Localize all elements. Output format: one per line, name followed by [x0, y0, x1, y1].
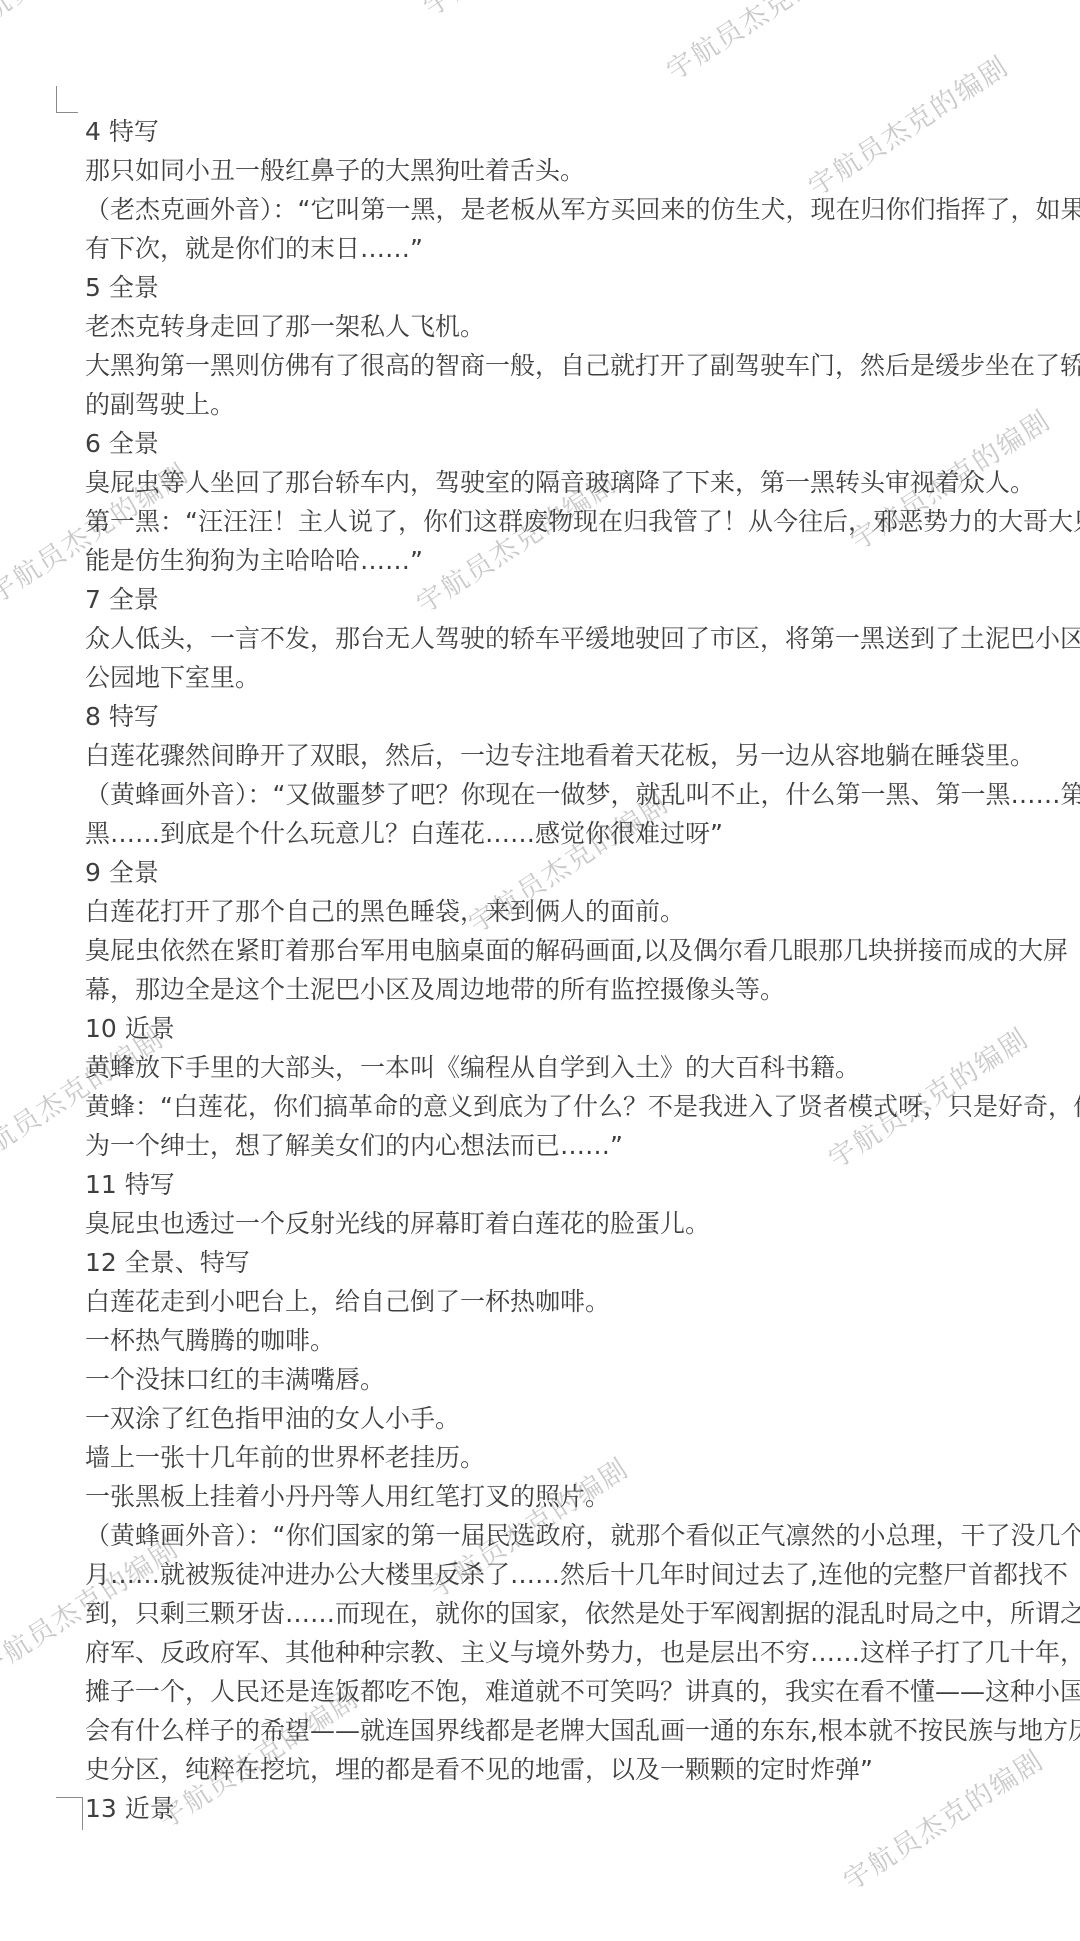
scene-heading: 8 特写	[85, 697, 1080, 736]
scene-heading: 13 近景	[85, 1789, 1080, 1828]
watermark-text: 宇航员杰克的编剧	[414, 0, 630, 24]
script-paragraph: （黄蜂画外音）：“你们国家的第一届民选政府，就那个看似正气凛然的小总理，干了没几…	[85, 1516, 1080, 1789]
script-paragraph: 黄蜂：“白莲花，你们搞革命的意义到底为了什么？不是我进入了贤者模式呀，只是好奇，…	[85, 1087, 1080, 1165]
script-paragraph: 大黑狗第一黑则仿佛有了很高的智商一般，自己就打开了副驾驶车门，然后是缓步坐在了轿…	[85, 346, 1080, 424]
scene-heading: 11 特写	[85, 1165, 1080, 1204]
watermark-text: 宇航员杰克的编剧	[657, 0, 873, 88]
script-paragraph: （老杰克画外音）：“它叫第一黑，是老板从军方买回来的仿生犬，现在归你们指挥了，如…	[85, 190, 1080, 268]
scene-heading: 4 特写	[85, 112, 1080, 151]
scene-heading: 6 全景	[85, 424, 1080, 463]
script-paragraph: 白莲花走到小吧台上，给自己倒了一杯热咖啡。	[85, 1282, 1080, 1321]
text-boundary-mark-bottom-left	[56, 1797, 83, 1830]
script-paragraph: 白莲花骤然间睁开了双眼，然后，一边专注地看着天花板，另一边从容地躺在睡袋里。	[85, 736, 1080, 775]
scene-heading: 12 全景、特写	[85, 1243, 1080, 1282]
script-paragraph: 臭屁虫等人坐回了那台轿车内，驾驶室的隔音玻璃降了下来，第一黑转头审视着众人。	[85, 463, 1080, 502]
watermark-text: 宇航员杰克的编剧	[0, 0, 165, 44]
script-paragraph: 老杰克转身走回了那一架私人飞机。	[85, 307, 1080, 346]
scene-heading: 7 全景	[85, 580, 1080, 619]
script-paragraph: 一张黑板上挂着小丹丹等人用红笔打叉的照片。	[85, 1477, 1080, 1516]
scene-heading: 5 全景	[85, 268, 1080, 307]
script-paragraph: 一杯热气腾腾的咖啡。	[85, 1321, 1080, 1360]
script-paragraph: 一双涂了红色指甲油的女人小手。	[85, 1399, 1080, 1438]
screenplay-text: 4 特写那只如同小丑一般红鼻子的大黑狗吐着舌头。（老杰克画外音）：“它叫第一黑，…	[85, 112, 1080, 1828]
script-paragraph: 白莲花打开了那个自己的黑色睡袋，来到俩人的面前。	[85, 892, 1080, 931]
scene-heading: 10 近景	[85, 1009, 1080, 1048]
script-paragraph: 臭屁虫也透过一个反射光线的屏幕盯着白莲花的脸蛋儿。	[85, 1204, 1080, 1243]
script-paragraph: 一个没抹口红的丰满嘴唇。	[85, 1360, 1080, 1399]
script-paragraph: 臭屁虫依然在紧盯着那台军用电脑桌面的解码画面,以及偶尔看几眼那几块拼接而成的大屏…	[85, 931, 1080, 1009]
script-paragraph: 那只如同小丑一般红鼻子的大黑狗吐着舌头。	[85, 151, 1080, 190]
script-paragraph: 黄蜂放下手里的大部头，一本叫《编程从自学到入土》的大百科书籍。	[85, 1048, 1080, 1087]
text-boundary-mark-top-left	[56, 86, 78, 113]
script-paragraph: 第一黑：“汪汪汪！主人说了，你们这群废物现在归我管了！从今往后，邪恶势力的大哥大…	[85, 502, 1080, 580]
scene-heading: 9 全景	[85, 853, 1080, 892]
script-paragraph: （黄蜂画外音）：“又做噩梦了吧？你现在一做梦，就乱叫不止，什么第一黑、第一黑………	[85, 775, 1080, 853]
script-paragraph: 众人低头，一言不发，那台无人驾驶的轿车平缓地驶回了市区，将第一黑送到了土泥巴小区…	[85, 619, 1080, 697]
script-paragraph: 墙上一张十几年前的世界杯老挂历。	[85, 1438, 1080, 1477]
